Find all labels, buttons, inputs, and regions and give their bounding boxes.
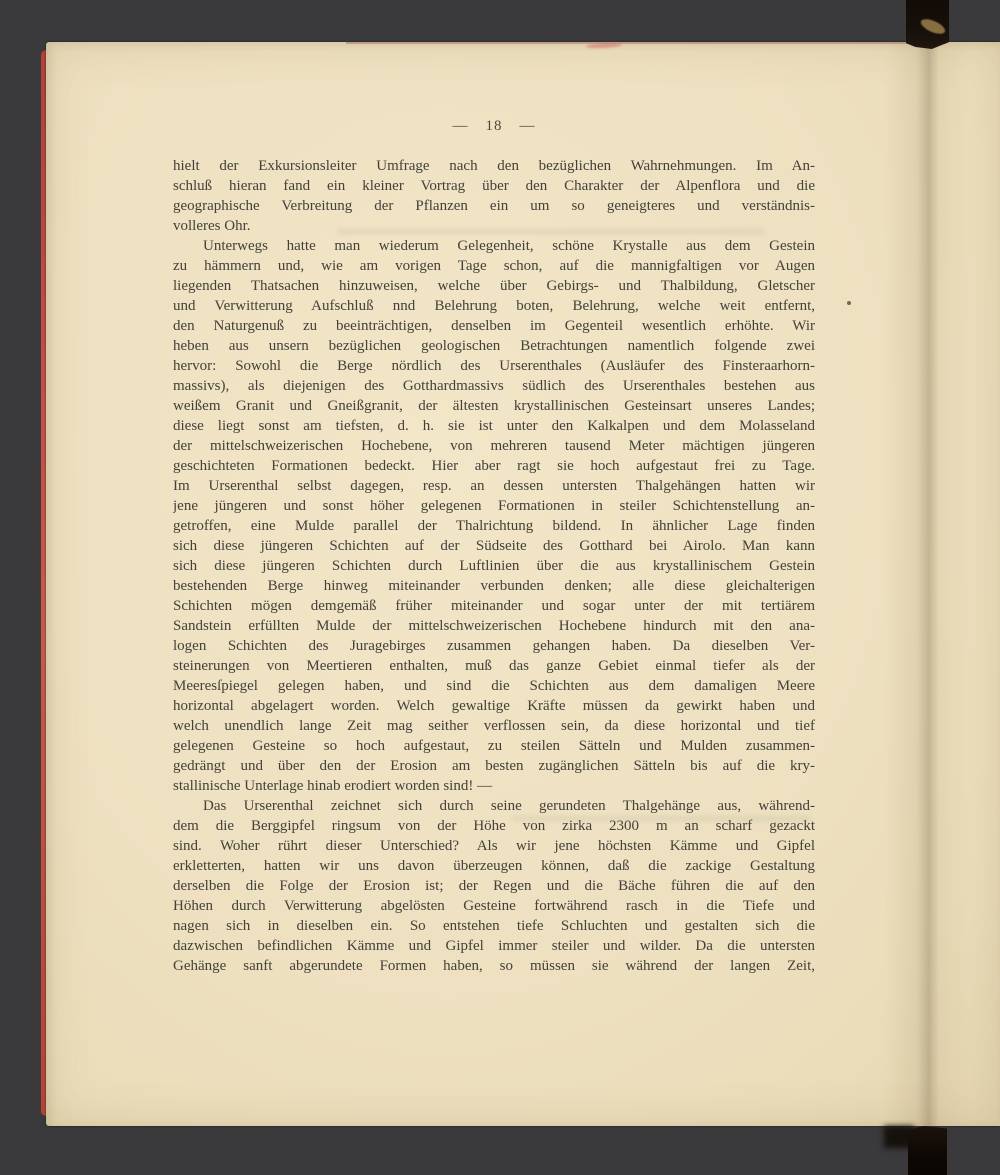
text-line: der mittelschweizerischen Hochebene, von… <box>173 436 815 456</box>
text-line: Unterwegs hatte man wiederum Gelegenheit… <box>173 236 815 256</box>
text-line: horizontal abgelagert worden. Welch gewa… <box>173 696 815 716</box>
text-line: und Verwitterung Aufschluß nnd Belehrung… <box>173 296 815 316</box>
text-line: nagen sich in dieselben ein. So entstehe… <box>173 916 815 936</box>
paragraph: Unterwegs hatte man wiederum Gelegenheit… <box>173 236 815 796</box>
text-line: heben aus unsern bezüglichen geologische… <box>173 336 815 356</box>
text-line: derselben die Folge der Erosion ist; der… <box>173 876 815 896</box>
text-line: hervor: Sowohl die Berge nördlich des Ur… <box>173 356 815 376</box>
text-line: bestehenden Berge hinweg miteinander ver… <box>173 576 815 596</box>
text-line: logen Schichten des Juragebirges zusamme… <box>173 636 815 656</box>
page-number: 18 <box>486 118 503 135</box>
text-block: hielt der Exkursionsleiter Umfrage nach … <box>173 156 815 976</box>
text-line: jene jüngeren und sonst höher gelegenen … <box>173 496 815 516</box>
text-line: schluß hieran fand ein kleiner Vortrag ü… <box>173 176 815 196</box>
page-top-edge <box>346 42 946 44</box>
text-line: getroffen, eine Mulde parallel der Thalr… <box>173 516 815 536</box>
text-line: Sandstein erfüllten Mulde der mittelschw… <box>173 616 815 636</box>
show-through-mark <box>336 228 766 235</box>
header-dash-left: — <box>453 118 469 135</box>
text-line: Meeresſpiegel gelegen haben, und sind di… <box>173 676 815 696</box>
text-line: steinerungen von Meertieren enthalten, m… <box>173 656 815 676</box>
ribbon-tip <box>919 16 947 37</box>
text-line: gelegenen Gesteine so hoch aufgestaut, z… <box>173 736 815 756</box>
bookmark-ribbon-top <box>906 0 949 49</box>
text-line: hielt der Exkursionsleiter Umfrage nach … <box>173 156 815 176</box>
scan-background: — 18 — hielt der Exkursionsleiter Umfrag… <box>0 0 1000 1175</box>
text-line: den Naturgenuß zu beeinträchtigen, dense… <box>173 316 815 336</box>
text-line: Höhen durch Verwitterung abgelösten Gest… <box>173 896 815 916</box>
paper-speck <box>847 301 851 305</box>
text-line: zu hämmern und, wie am vorigen Tage scho… <box>173 256 815 276</box>
text-line: erkletterten, hatten wir uns davon überz… <box>173 856 815 876</box>
text-line: stallinische Unterlage hinab erodiert wo… <box>173 776 815 796</box>
text-line: sich diese jüngeren Schichten auf der Sü… <box>173 536 815 556</box>
text-line: Schichten mögen demgemäß früher miteinan… <box>173 596 815 616</box>
show-through-mark <box>511 815 811 822</box>
text-line: sich diese jüngeren Schichten durch Luft… <box>173 556 815 576</box>
book-page: — 18 — hielt der Exkursionsleiter Umfrag… <box>46 42 1000 1126</box>
text-line: geschichteten Formationen bedeckt. Hier … <box>173 456 815 476</box>
header-dash-right: — <box>520 118 536 135</box>
page-header: — 18 — <box>173 116 815 136</box>
text-line: dazwischen befindlichen Kämme und Gipfel… <box>173 936 815 956</box>
text-line: gedrängt und über den der Erosion am bes… <box>173 756 815 776</box>
bookmark-ribbon-bottom <box>908 1126 947 1175</box>
gutter-crease <box>884 42 970 1126</box>
text-line: diese liegt sonst am tiefsten, d. h. sie… <box>173 416 815 436</box>
text-line: welch unendlich lange Zeit mag seither v… <box>173 716 815 736</box>
paragraph: hielt der Exkursionsleiter Umfrage nach … <box>173 156 815 236</box>
text-line: weißem Granit und Gneißgranit, der ältes… <box>173 396 815 416</box>
text-line: geographische Verbreitung der Pflanzen e… <box>173 196 815 216</box>
text-line: Gehänge sanft abgerundete Formen haben, … <box>173 956 815 976</box>
text-line: liegenden Thatsachen hinzuweisen, welche… <box>173 276 815 296</box>
text-line: Im Urserenthal selbst dagegen, resp. an … <box>173 476 815 496</box>
paragraph: Das Urserenthal zeichnet sich durch sein… <box>173 796 815 976</box>
text-line: Das Urserenthal zeichnet sich durch sein… <box>173 796 815 816</box>
text-line: sind. Woher rührt dieser Unterschied? Al… <box>173 836 815 856</box>
text-line: massivs), als diejenigen des Gotthardmas… <box>173 376 815 396</box>
